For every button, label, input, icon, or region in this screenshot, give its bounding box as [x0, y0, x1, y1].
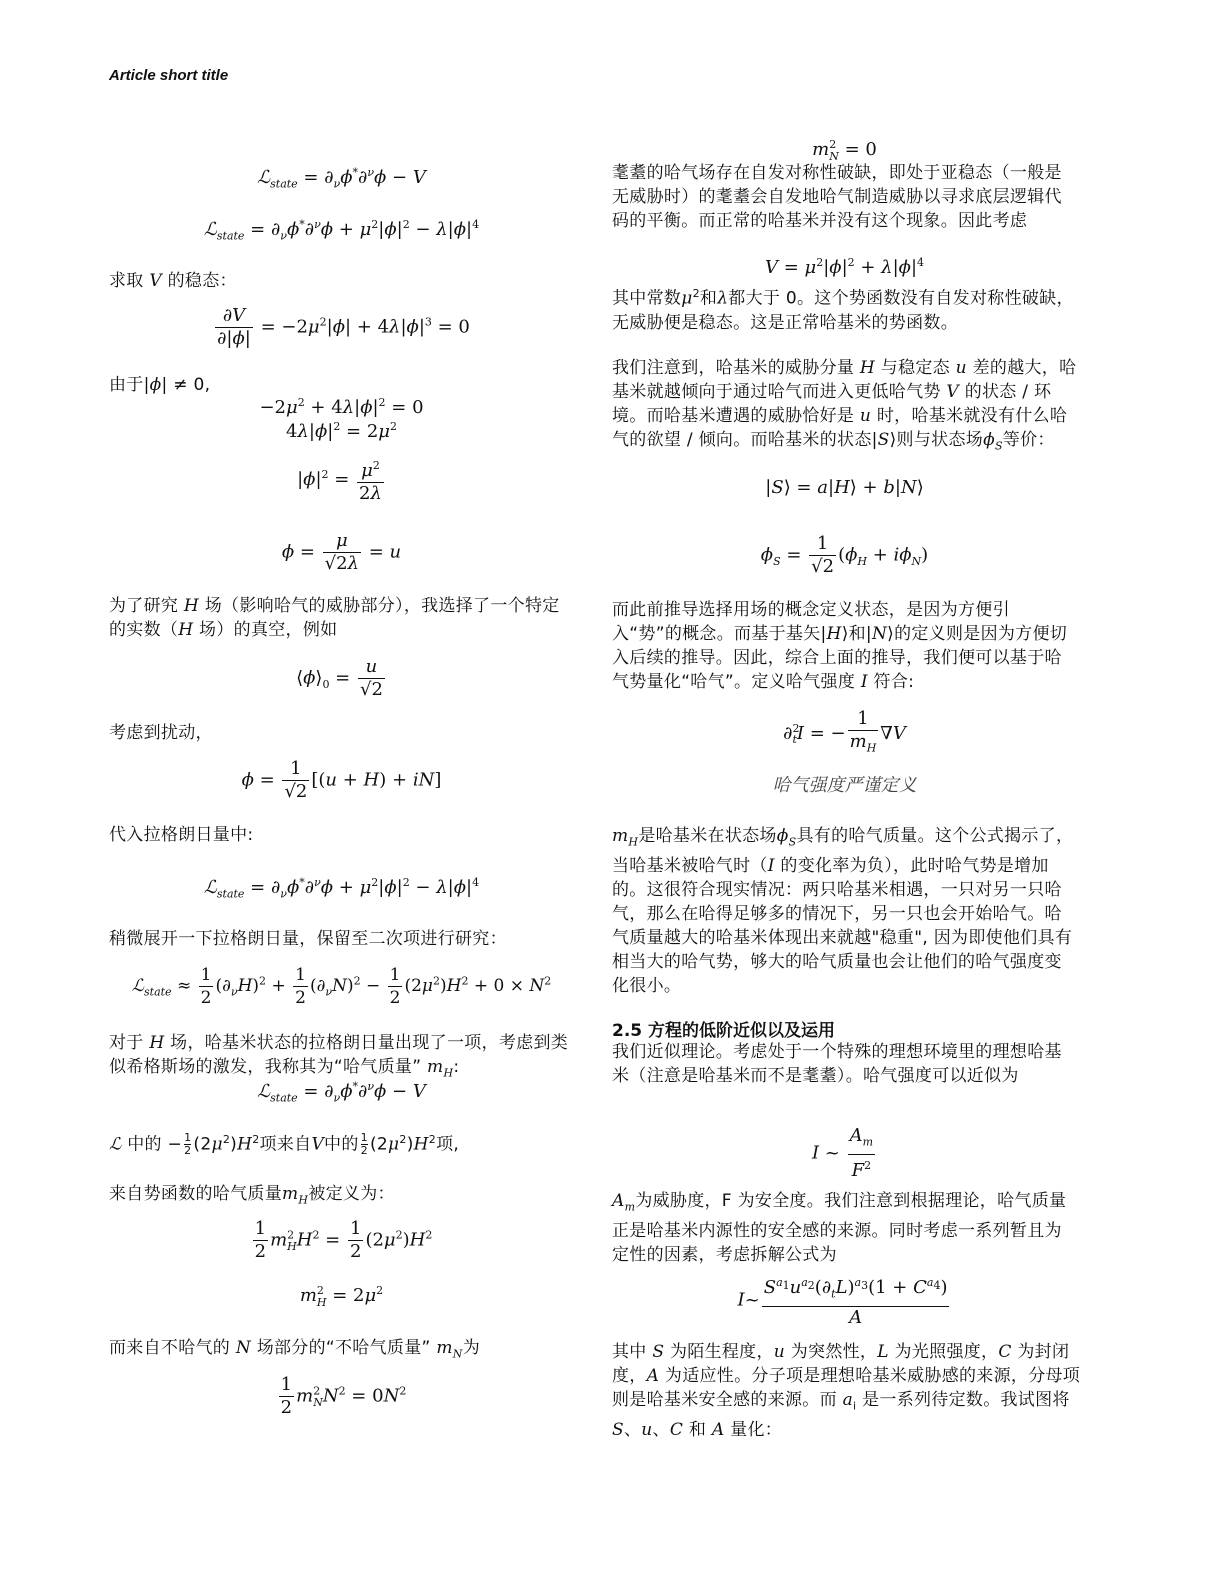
equation-vacuum-expectation: ⟨ϕ⟩0 = u√2 [109, 656, 574, 701]
paragraph-term-origin: ℒ 中的 −12(2μ2)H2项来自V中的12(2μ2)H2项, [109, 1128, 459, 1157]
equation-intensity-decomposed: I~Sa1ua2(∂tL)a3(1 + Ca4)A [612, 1272, 1077, 1329]
equation-dV-dphi: ∂V∂|ϕ| = −2μ2|ϕ| + 4λ|ϕ|3 = 0 [109, 305, 574, 350]
equation-phi-equals-u: ϕ = μ√2λ = u [109, 530, 574, 575]
paragraph-stable-state: 求取 V 的稳态： [109, 269, 237, 293]
equation-phi-squared: |ϕ|2 = μ22λ [109, 455, 574, 505]
paragraph-mass-explanation: mH是哈基米在状态场ϕS具有的哈气质量。这个公式揭示了，当哈基米被哈气时（I 的… [612, 824, 1077, 998]
equation-lagrangian-approx: ℒstate ≈ 12(∂νH)2 + 12(∂νN)2 − 12(2μ2)H2… [109, 964, 574, 1009]
paragraph-higgs-mass: 对于 H 场，哈基米状态的拉格朗日量出现了一项，考虑到类似希格斯场的激发，我称其… [109, 1031, 574, 1085]
running-title: Article short title [109, 67, 228, 84]
equation-mN-definition: 12m2NN2 = 0N2 [109, 1374, 574, 1419]
section-heading: 2.5 方程的低阶近似以及运用 [612, 1016, 835, 1041]
equation-mH-squared: m2H = 2μ2 [109, 1284, 574, 1309]
equation-caption: 哈气强度严谨定义 [612, 771, 1077, 797]
paragraph-H-field-vacuum: 为了研究 H 场（影响哈气的威胁部分），我选择了一个特定的实数（H 场）的真空，… [109, 594, 574, 642]
equation-lagrangian-2: ℒstate = ∂νϕ*∂νϕ + μ2|ϕ|2 − λ|ϕ|4 [109, 218, 574, 243]
paragraph-mass-defined: 来自势函数的哈气质量mH被定义为： [109, 1182, 395, 1212]
equation-state-field: ϕS = 1√2(ϕH + iϕN) [612, 533, 1077, 578]
equation-potential: V = μ2|ϕ|2 + λ|ϕ|4 [612, 256, 1077, 278]
equation-intensity-approx: I ~ AmF2 [612, 1125, 1077, 1182]
equation-step-1: −2μ2 + 4λ|ϕ|2 = 0 [109, 396, 574, 418]
paragraph-expand-lagrangian: 稍微展开一下拉格朗日量，保留至二次项进行研究： [109, 927, 507, 951]
equation-lagrangian-1: ℒstate = ∂νϕ*∂νϕ − V [109, 166, 574, 191]
equation-phi-expansion: ϕ = 1√2[(u + H) + iN] [109, 758, 574, 803]
paragraph-substitute: 代入拉格朗日量中: [109, 823, 253, 847]
equation-lagrangian-3: ℒstate = ∂νϕ*∂νϕ + μ2|ϕ|2 − λ|ϕ|4 [109, 876, 574, 901]
paragraph-approximation: 我们近似理论。考虑处于一个特殊的理想环境里的理想哈基米（注意是哈基米而不是耄耋）… [612, 1040, 1077, 1088]
paragraph-threat-component: 我们注意到，哈基米的威胁分量 H 与稳定态 u 差的越大，哈基米就越倾向于通过哈… [612, 356, 1077, 458]
equation-intensity-definition: ∂2tI = −1mH∇V [612, 708, 1077, 760]
paragraph-variables: 其中 S 为陌生程度，u 为突然性，L 为光照强度，C 为封闭度，A 为适应性。… [612, 1340, 1082, 1442]
equation-lagrangian-4: ℒstate = ∂νϕ*∂νϕ − V [109, 1080, 574, 1105]
paragraph-threat-safety: Am为威胁度，F 为安全度。我们注意到根据理论，哈气质量正是哈基米内源性的安全感… [612, 1189, 1077, 1267]
paragraph-constants: 其中常数μ2和λ都大于 0。这个势函数没有自发对称性破缺，无威胁便是稳态。这是正… [612, 282, 1077, 335]
paragraph-potential-concept: 而此前推导选择用场的概念定义状态，是因为方便引入“势”的概念。而基于基矢|H⟩和… [612, 598, 1077, 694]
paragraph-since-phi-nonzero: 由于|ϕ| ≠ 0, [109, 373, 210, 397]
equation-state-basis: |S⟩ = a|H⟩ + b|N⟩ [612, 477, 1077, 498]
paragraph-symmetry-breaking: 耄耋的哈气场存在自发对称性破缺，即处于亚稳态（一般是无威胁时）的耄耋会自发地哈气… [612, 161, 1077, 233]
equation-mH-definition: 12m2HH2 = 12(2μ2)H2 [109, 1218, 574, 1263]
equation-mN-squared: m2N = 0 [612, 138, 1077, 163]
paragraph-non-ha-mass: 而来自不哈气的 N 场部分的“不哈气质量” mN为 [109, 1336, 480, 1366]
paragraph-perturbation: 考虑到扰动， [109, 721, 213, 745]
equation-step-2: 4λ|ϕ|2 = 2μ2 [109, 420, 574, 442]
